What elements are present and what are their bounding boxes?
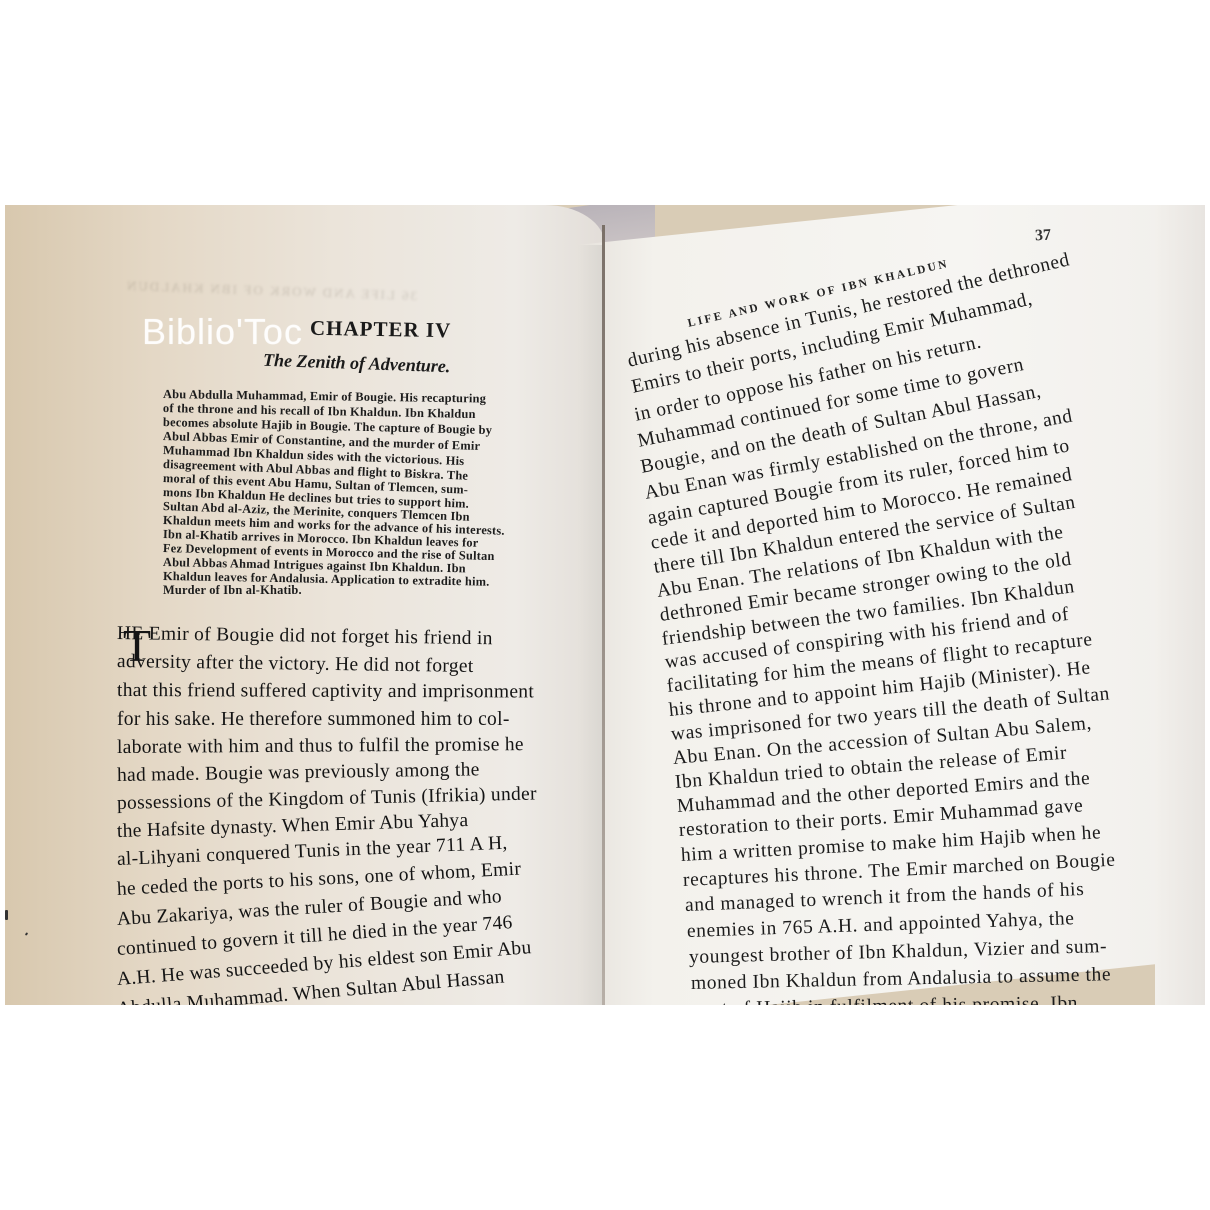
- watermark: Biblio'Toc: [142, 311, 303, 353]
- summary-line: Murder of Ibn al-Khatib.: [163, 583, 302, 598]
- body-line: for his sake. He therefore summoned him …: [117, 709, 510, 731]
- book-gutter: [602, 225, 605, 1005]
- chapter-title: CHAPTER IV: [310, 316, 452, 343]
- gutter-shadow: [577, 245, 605, 1005]
- right-page-edge: [1155, 205, 1205, 1005]
- body-line: laborate with him and thus to fulfil the…: [117, 734, 524, 759]
- page-speck: [5, 910, 8, 920]
- page-number: 37: [1035, 227, 1052, 246]
- body-line: that this friend suffered captivity and …: [117, 680, 534, 703]
- book-photo: 36 LIFE AND WORK OF IBN KHALDUN Biblio'T…: [5, 205, 1205, 1005]
